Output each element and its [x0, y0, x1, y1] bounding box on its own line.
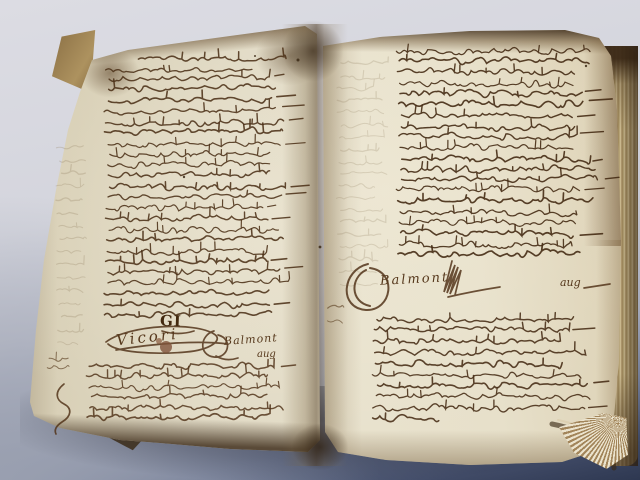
manuscript-photo: GI Vicori Balmont aug Balmont aug [0, 0, 640, 480]
gutter-shadow [282, 24, 348, 466]
gutter-bottom-wear [292, 424, 348, 470]
gutter-top-wear [282, 20, 344, 82]
signature-note-left: aug [257, 349, 276, 360]
signature-note-right: aug [560, 276, 581, 289]
